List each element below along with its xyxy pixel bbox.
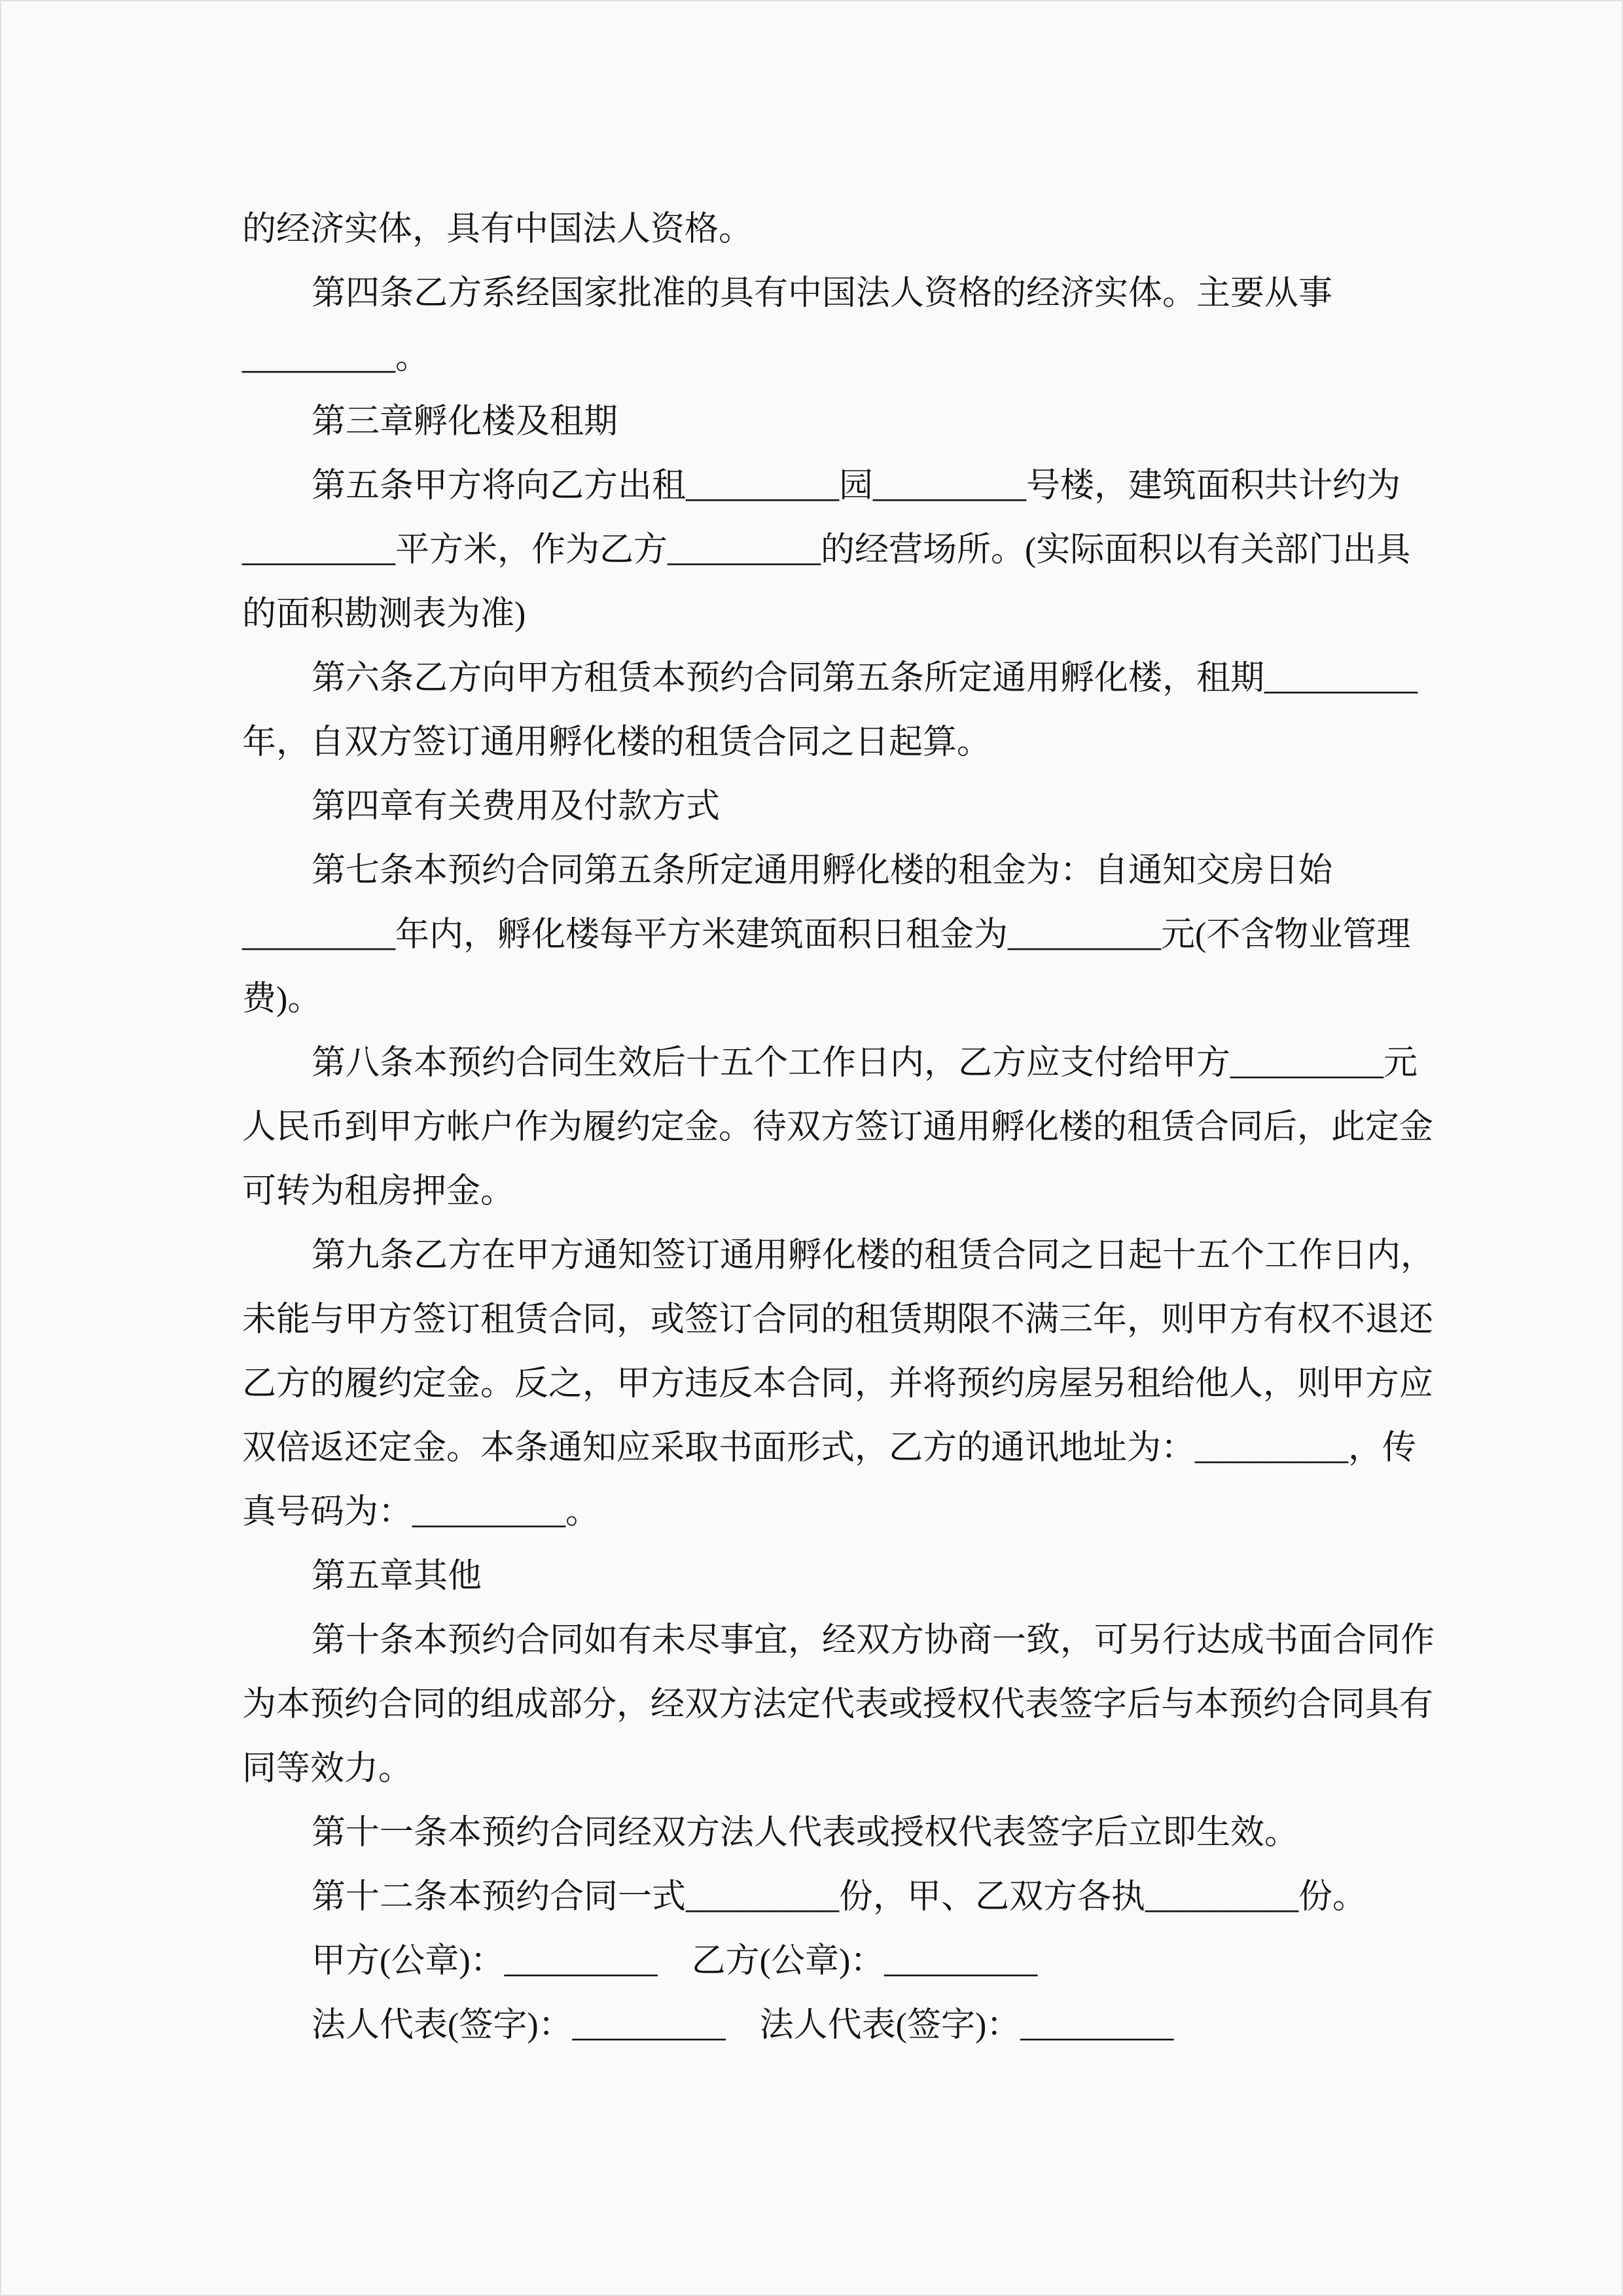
contract-line: 第十一条本预约合同经双方法人代表或授权代表签字后立即生效。 xyxy=(242,1801,1394,1865)
contract-line: 第八条本预约合同生效后十五个工作日内，乙方应支付给甲方_________元 xyxy=(242,1031,1394,1096)
contract-line: 同等效力。 xyxy=(242,1737,1394,1801)
contract-line: 第四条乙方系经国家批准的具有中国法人资格的经济实体。主要从事 xyxy=(242,262,1394,326)
contract-line: 第三章孵化楼及租期 xyxy=(242,390,1394,454)
contract-line: 甲方(公章)：_________ 乙方(公章)：_________ xyxy=(242,1929,1394,1994)
contract-line: 第六条乙方向甲方租赁本预约合同第五条所定通用孵化楼，租期_________ xyxy=(242,647,1394,711)
contract-line: 第十条本预约合同如有未尽事宜，经双方协商一致，可另行达成书面合同作 xyxy=(242,1609,1394,1673)
contract-line: 的面积勘测表为准) xyxy=(242,583,1394,647)
contract-line: 可转为租房押金。 xyxy=(242,1160,1394,1224)
contract-line: _________。 xyxy=(242,326,1394,390)
contract-line: 法人代表(签字)：_________ 法人代表(签字)：_________ xyxy=(242,1994,1394,2058)
contract-line: 未能与甲方签订租赁合同，或签订合同的租赁期限不满三年，则甲方有权不退还 xyxy=(242,1288,1394,1352)
contract-line: 第四章有关费用及付款方式 xyxy=(242,775,1394,839)
contract-line: 的经济实体，具有中国法人资格。 xyxy=(242,198,1394,262)
contract-line: 第七条本预约合同第五条所定通用孵化楼的租金为：自通知交房日始 xyxy=(242,839,1394,903)
contract-body: 的经济实体，具有中国法人资格。第四条乙方系经国家批准的具有中国法人资格的经济实体… xyxy=(242,198,1394,2058)
contract-line: 真号码为：_________。 xyxy=(242,1480,1394,1545)
contract-line: 第十二条本预约合同一式_________份，甲、乙双方各执_________份。 xyxy=(242,1865,1394,1929)
contract-line: 费)。 xyxy=(242,967,1394,1031)
contract-line: 乙方的履约定金。反之，甲方违反本合同，并将预约房屋另租给他人，则甲方应 xyxy=(242,1352,1394,1416)
contract-line: 为本预约合同的组成部分，经双方法定代表或授权代表签字后与本预约合同具有 xyxy=(242,1673,1394,1737)
contract-line: _________平方米，作为乙方_________的经营场所。(实际面积以有关… xyxy=(242,518,1394,583)
contract-line: 第九条乙方在甲方通知签订通用孵化楼的租赁合同之日起十五个工作日内， xyxy=(242,1224,1394,1288)
contract-line: 年，自双方签订通用孵化楼的租赁合同之日起算。 xyxy=(242,711,1394,775)
contract-line: 第五条甲方将向乙方出租_________园_________号楼，建筑面积共计约… xyxy=(242,454,1394,518)
contract-line: 人民币到甲方帐户作为履约定金。待双方签订通用孵化楼的租赁合同后，此定金 xyxy=(242,1096,1394,1160)
contract-line: 第五章其他 xyxy=(242,1545,1394,1609)
contract-line: _________年内，孵化楼每平方米建筑面积日租金为_________元(不含… xyxy=(242,903,1394,967)
document-page: 的经济实体，具有中国法人资格。第四条乙方系经国家批准的具有中国法人资格的经济实体… xyxy=(0,0,1623,2296)
contract-line: 双倍返还定金。本条通知应采取书面形式，乙方的通讯地址为：_________，传 xyxy=(242,1416,1394,1480)
